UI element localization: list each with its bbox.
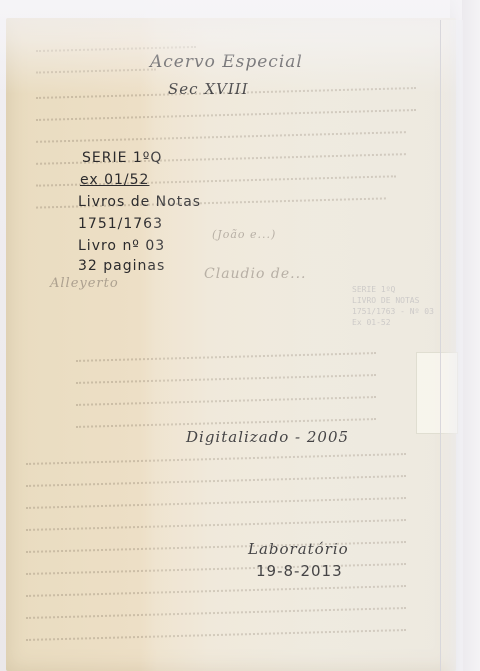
lab-note-label: Laboratório — [248, 540, 349, 558]
old-script-line — [36, 68, 156, 74]
catalog-book-number: Livro nº 03 — [78, 238, 165, 254]
digitized-note: Digitalizado - 2005 — [186, 428, 349, 446]
old-script-line — [26, 607, 406, 620]
old-script-line — [76, 374, 376, 385]
old-script-line — [26, 475, 406, 488]
old-script-line — [26, 563, 406, 576]
catalog-page-count: 32 paginas — [78, 258, 165, 274]
catalog-ex: ex 01/52 — [80, 172, 149, 188]
catalog-title: Livros de Notas — [78, 194, 201, 210]
old-script-line — [26, 497, 406, 510]
catalog-series: SERIE 1ºQ — [82, 150, 162, 166]
plastic-sleeve-edge — [440, 20, 463, 671]
old-script-line — [36, 131, 406, 144]
signature-3: Claudio de... — [204, 266, 306, 282]
old-script-line — [76, 352, 376, 363]
stamp-line-1: SERIE 1ºQ — [352, 285, 395, 294]
faded-stamp: SERIE 1ºQ LIVRO DE NOTAS 1751/1763 - Nº … — [352, 284, 434, 328]
old-script-line — [76, 396, 376, 407]
stamp-line-4: Ex 01-52 — [352, 318, 391, 327]
catalog-years: 1751/1763 — [78, 216, 163, 232]
document-page — [6, 18, 456, 671]
old-script-line — [26, 629, 406, 642]
signature-1: Alleyerto — [50, 276, 119, 291]
header-line-1: Acervo Especial — [150, 52, 303, 72]
old-script-line — [26, 519, 406, 532]
lab-note-date: 19-8-2013 — [256, 562, 343, 580]
old-script-line — [26, 585, 406, 598]
old-script-line — [26, 453, 406, 466]
stamp-line-3: 1751/1763 - Nº 03 — [352, 307, 434, 316]
signature-2: (João e...) — [212, 228, 276, 241]
header-line-2: Sec XVIII — [168, 80, 249, 98]
stamp-line-2: LIVRO DE NOTAS — [352, 296, 419, 305]
old-script-line — [36, 109, 416, 122]
